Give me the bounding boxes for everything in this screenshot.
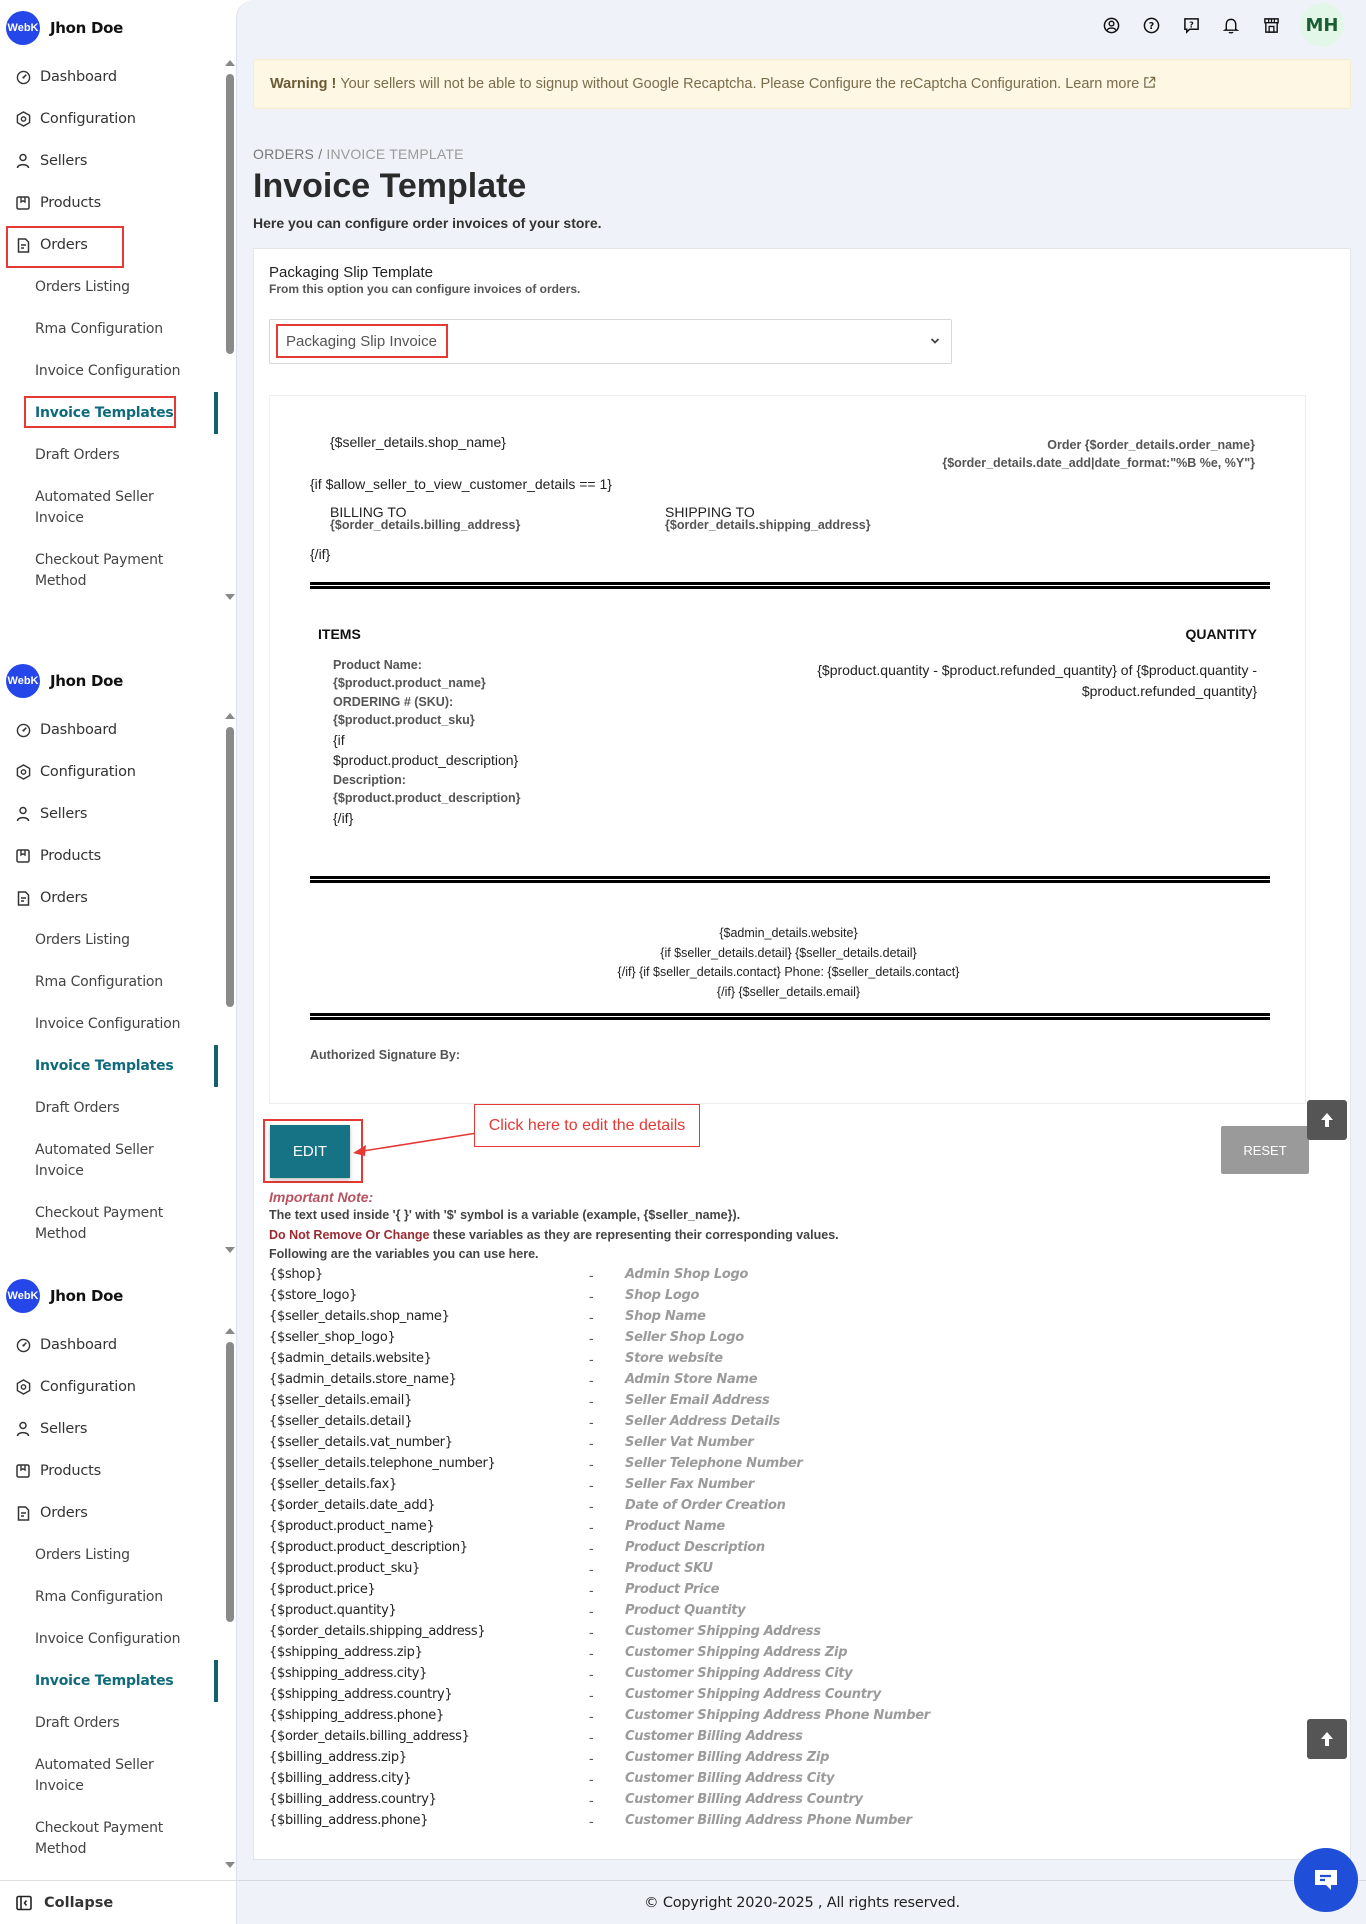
preview-quantity-line-1: {$product.quantity - $product.refunded_q… [817, 662, 1257, 678]
sidebar-item-label: Products [40, 848, 101, 864]
invoice-preview: {$seller_details.shop_name} Order {$orde… [269, 395, 1306, 1104]
chevron-down-icon [929, 334, 941, 352]
variable-row: {$product.product_name}-Product Name [269, 1516, 1069, 1537]
variable-row: {$order_details.date_add}-Date of Order … [269, 1495, 1069, 1516]
variable-separator: - [589, 1498, 625, 1514]
variable-description: Seller Shop Logo [625, 1330, 744, 1345]
preview-endif: {/if} [310, 546, 330, 562]
sidebar-item-configuration[interactable]: Configuration [0, 98, 236, 140]
arrow-up-icon [1319, 1111, 1335, 1129]
variable-separator: - [589, 1582, 625, 1598]
invoice-templates-annotation-box [24, 396, 176, 428]
variable-key: {$billing_address.country} [269, 1792, 589, 1807]
preview-footer-line: {/if} {if $seller_details.contact} Phone… [270, 963, 1307, 983]
sidebar-subitem-checkout-payment-method[interactable]: Checkout Payment Method [0, 1807, 236, 1870]
brand-logo-text: WebK [8, 675, 39, 687]
preview-items-header: ITEMS [318, 626, 361, 642]
sidebar-item-sellers[interactable]: Sellers [0, 793, 236, 835]
user-name: Jhon Doe [50, 672, 123, 690]
variable-separator: - [589, 1771, 625, 1787]
variable-key: {$billing_address.phone} [269, 1813, 589, 1828]
scroll-down-arrow-icon[interactable] [225, 594, 235, 600]
preview-order-date: {$order_details.date_add|date_format:"%B… [942, 456, 1255, 470]
brand-logo[interactable]: WebK [6, 1279, 40, 1313]
variable-row: {$seller_details.fax}-Seller Fax Number [269, 1474, 1069, 1495]
variable-row: {$seller_details.shop_name}-Shop Name [269, 1306, 1069, 1327]
variable-separator: - [589, 1666, 625, 1682]
variable-key: {$seller_details.fax} [269, 1477, 589, 1492]
variable-row: {$billing_address.phone}-Customer Billin… [269, 1810, 1069, 1831]
sidebar-item-products[interactable]: Products [0, 1450, 236, 1492]
main-content: ? ? MH Warning ! Your sellers will not b… [236, 0, 1366, 1924]
variable-key: {$seller_shop_logo} [269, 1330, 589, 1345]
dashboard-icon [15, 69, 31, 85]
page-subtitle: Here you can configure order invoices of… [253, 215, 602, 231]
sidebar-subitem-label: Automated Seller Invoice [35, 487, 175, 529]
sidebar-nav: Dashboard Configuration Sellers Products… [0, 56, 236, 602]
variable-description: Product Price [625, 1582, 719, 1597]
note-warning-text: Do Not Remove Or Change [269, 1228, 429, 1242]
box-icon [15, 195, 31, 211]
variable-key: {$shipping_address.phone} [269, 1708, 589, 1723]
card-description: From this option you can configure invoi… [269, 282, 580, 296]
account-circle-icon[interactable] [1100, 14, 1122, 36]
variable-separator: - [589, 1477, 625, 1493]
preview-description-label: Description: [333, 773, 406, 787]
variable-row: {$billing_address.city}-Customer Billing… [269, 1768, 1069, 1789]
variable-description: Seller Telephone Number [625, 1456, 803, 1471]
sidebar-item-products[interactable]: Products [0, 835, 236, 877]
select-annotation-box [276, 324, 448, 358]
user-name: Jhon Doe [50, 19, 123, 37]
sidebar-header: WebK Jhon Doe [0, 0, 236, 56]
svg-text:?: ? [1148, 21, 1153, 32]
preview-divider [310, 582, 1270, 589]
variable-description: Customer Shipping Address Country [625, 1687, 881, 1702]
sidebar-block: WebK Jhon Doe Dashboard Configuration Se… [0, 1268, 236, 1870]
preview-if-customer: {if $allow_seller_to_view_customer_detai… [310, 476, 612, 492]
sidebar-subitem-invoice-configuration[interactable]: Invoice Configuration [0, 1618, 236, 1660]
brand-logo-text: WebK [8, 1290, 39, 1302]
variable-separator: - [589, 1435, 625, 1451]
variable-description: Product Name [625, 1519, 725, 1534]
variable-description: Customer Shipping Address Zip [625, 1645, 847, 1660]
preview-footer-line: {/if} {$seller_details.email} [270, 983, 1307, 1003]
variable-description: Product Quantity [625, 1603, 745, 1618]
sidebar-item-label: Dashboard [40, 1337, 117, 1353]
preview-billing-value: {$order_details.billing_address} [330, 518, 520, 532]
sidebar-item-configuration[interactable]: Configuration [0, 1366, 236, 1408]
page-footer: © Copyright 2020-2025 , All rights reser… [237, 1880, 1366, 1924]
variable-description: Store website [625, 1351, 723, 1366]
scroll-thumb[interactable] [226, 727, 234, 1007]
preview-product-name-value: {$product.product_name} [333, 676, 486, 690]
variable-separator: - [589, 1288, 625, 1304]
sidebar-item-dashboard[interactable]: Dashboard [0, 709, 236, 751]
brand-logo[interactable]: WebK [6, 11, 40, 45]
sidebar-subitem-label: Orders Listing [35, 930, 130, 951]
sidebar-subitem-invoice-configuration[interactable]: Invoice Configuration [0, 350, 236, 392]
sidebar-item-label: Configuration [40, 764, 136, 780]
hexagon-gear-icon [15, 1379, 31, 1395]
important-note-title: Important Note: [269, 1189, 373, 1205]
variable-separator: - [589, 1687, 625, 1703]
sidebar-subitem-label: Rma Configuration [35, 972, 163, 993]
user-name: Jhon Doe [50, 1287, 123, 1305]
sidebar-subitem-label: Checkout Payment Method [35, 550, 175, 592]
variable-key: {$shop} [269, 1267, 589, 1282]
variable-row: {$shop}-Admin Shop Logo [269, 1264, 1069, 1285]
breadcrumb: ORDERS / INVOICE TEMPLATE [253, 146, 464, 162]
note-line-2: Do Not Remove Or Change these variables … [269, 1228, 839, 1242]
variable-key: {$product.price} [269, 1582, 589, 1597]
sidebar-subitem-label: Draft Orders [35, 445, 119, 466]
preview-shop-name: {$seller_details.shop_name} [330, 434, 506, 450]
variable-row: {$billing_address.zip}-Customer Billing … [269, 1747, 1069, 1768]
variable-row: {$shipping_address.city}-Customer Shippi… [269, 1663, 1069, 1684]
scroll-up-arrow-icon[interactable] [225, 713, 235, 719]
variable-row: {$seller_shop_logo}-Seller Shop Logo [269, 1327, 1069, 1348]
variable-key: {$seller_details.vat_number} [269, 1435, 589, 1450]
scroll-up-arrow-icon[interactable] [225, 60, 235, 66]
sidebar-subitem-draft-orders[interactable]: Draft Orders [0, 1087, 236, 1129]
variables-list: {$shop}-Admin Shop Logo{$store_logo}-Sho… [269, 1264, 1069, 1831]
variable-separator: - [589, 1540, 625, 1556]
variable-separator: - [589, 1519, 625, 1535]
sidebar-scrollbar[interactable] [226, 60, 234, 600]
sidebar-block: WebK Jhon Doe Dashboard Configuration Se… [0, 0, 236, 602]
sidebar-subitem-label: Automated Seller Invoice [35, 1755, 175, 1797]
sidebar-nav: Dashboard Configuration Sellers Products… [0, 1324, 236, 1870]
variable-description: Seller Fax Number [625, 1477, 754, 1492]
sidebar-subitem-automated-seller-invoice[interactable]: Automated Seller Invoice [0, 1129, 236, 1192]
variable-description: Shop Name [625, 1309, 706, 1324]
variable-key: {$seller_details.telephone_number} [269, 1456, 589, 1471]
edit-callout: Click here to edit the details [474, 1104, 700, 1147]
warning-label: Warning ! [270, 76, 336, 92]
dashboard-icon [15, 1337, 31, 1353]
user-icon [15, 153, 31, 169]
sidebar-item-dashboard[interactable]: Dashboard [0, 1324, 236, 1366]
variable-key: {$order_details.date_add} [269, 1498, 589, 1513]
variable-description: Customer Billing Address Zip [625, 1750, 829, 1765]
external-link-icon[interactable] [1143, 76, 1156, 93]
sidebar-item-label: Configuration [40, 1379, 136, 1395]
sidebar-subitem-automated-seller-invoice[interactable]: Automated Seller Invoice [0, 476, 236, 539]
scroll-down-arrow-icon[interactable] [225, 1247, 235, 1253]
preview-product-name-label: Product Name: [333, 658, 422, 672]
variable-separator: - [589, 1309, 625, 1325]
sidebar-subitem-checkout-payment-method[interactable]: Checkout Payment Method [0, 1192, 236, 1255]
variable-description: Admin Shop Logo [625, 1267, 748, 1282]
sidebar-subitem-label: Invoice Configuration [35, 1629, 180, 1650]
variable-description: Product Description [625, 1540, 765, 1555]
page-title: Invoice Template [253, 167, 526, 206]
sidebar-subitem-invoice-configuration[interactable]: Invoice Configuration [0, 1003, 236, 1045]
preview-shipping-value: {$order_details.shipping_address} [665, 518, 871, 532]
profile-avatar[interactable]: MH [1300, 3, 1344, 47]
sidebar-subitem-automated-seller-invoice[interactable]: Automated Seller Invoice [0, 1744, 236, 1807]
warning-text: Your sellers will not be able to signup … [340, 76, 1061, 92]
arrow-up-icon [1319, 1730, 1335, 1748]
variable-row: {$seller_details.vat_number}-Seller Vat … [269, 1432, 1069, 1453]
variable-row: {$admin_details.website}-Store website [269, 1348, 1069, 1369]
preview-quantity-line-2: $product.refunded_quantity} [1082, 683, 1257, 699]
sidebar-item-sellers[interactable]: Sellers [0, 1408, 236, 1450]
variable-key: {$admin_details.website} [269, 1351, 589, 1366]
variable-row: {$product.price}-Product Price [269, 1579, 1069, 1600]
preview-if-desc: {if [333, 732, 345, 748]
variable-separator: - [589, 1729, 625, 1745]
preview-order-name: Order {$order_details.order_name} [1047, 438, 1255, 452]
note-line-1: The text used inside '{ }' with '$' symb… [269, 1208, 740, 1222]
variable-separator: - [589, 1372, 625, 1388]
sidebar-subitem-label: Invoice Configuration [35, 1014, 180, 1035]
dashboard-icon [15, 722, 31, 738]
sidebar-subitem-label: Checkout Payment Method [35, 1818, 175, 1860]
variable-separator: - [589, 1750, 625, 1766]
variable-row: {$order_details.shipping_address}-Custom… [269, 1621, 1069, 1642]
variable-row: {$order_details.billing_address}-Custome… [269, 1726, 1069, 1747]
recaptcha-warning-banner: Warning ! Your sellers will not be able … [253, 59, 1351, 109]
variable-row: {$shipping_address.zip}-Customer Shippin… [269, 1642, 1069, 1663]
variable-key: {$billing_address.zip} [269, 1750, 589, 1765]
variable-key: {$admin_details.store_name} [269, 1372, 589, 1387]
reset-button[interactable]: RESET [1221, 1126, 1309, 1174]
variable-description: Admin Store Name [625, 1372, 757, 1387]
sidebar-item-label: Dashboard [40, 722, 117, 738]
sidebar-item-label: Dashboard [40, 69, 117, 85]
svg-text:?: ? [1189, 20, 1194, 29]
breadcrumb-orders[interactable]: ORDERS [253, 146, 314, 162]
sidebar-subitem-draft-orders[interactable]: Draft Orders [0, 434, 236, 476]
variable-description: Product SKU [625, 1561, 713, 1576]
variable-row: {$shipping_address.country}-Customer Shi… [269, 1684, 1069, 1705]
template-select[interactable]: Packaging Slip Invoice [269, 319, 952, 364]
chat-button[interactable] [1294, 1848, 1358, 1912]
variable-row: {$seller_details.telephone_number}-Selle… [269, 1453, 1069, 1474]
hexagon-gear-icon [15, 764, 31, 780]
variable-separator: - [589, 1330, 625, 1346]
variable-description: Date of Order Creation [625, 1498, 786, 1513]
preview-divider [310, 876, 1270, 883]
document-icon [15, 1505, 31, 1521]
variable-separator: - [589, 1708, 625, 1724]
variable-separator: - [589, 1393, 625, 1409]
variable-separator: - [589, 1645, 625, 1661]
variable-key: {$product.product_name} [269, 1519, 589, 1534]
variable-row: {$store_logo}-Shop Logo [269, 1285, 1069, 1306]
preview-sku-value: {$product.product_sku} [333, 713, 475, 727]
feedback-icon[interactable]: ? [1180, 14, 1202, 36]
invoice-template-card: Packaging Slip Template From this option… [253, 248, 1351, 1860]
top-bar: ? ? MH [1100, 0, 1366, 50]
scroll-down-arrow-icon[interactable] [225, 1862, 235, 1868]
variable-description: Seller Email Address [625, 1393, 769, 1408]
variable-description: Customer Shipping Address City [625, 1666, 852, 1681]
variable-separator: - [589, 1624, 625, 1640]
box-icon [15, 848, 31, 864]
edit-button[interactable]: EDIT [270, 1125, 350, 1178]
preview-footer-line: {if $seller_details.detail} {$seller_det… [270, 944, 1307, 964]
scroll-thumb[interactable] [226, 1342, 234, 1622]
variable-separator: - [589, 1456, 625, 1472]
variable-key: {$shipping_address.country} [269, 1687, 589, 1702]
sidebar-subitem-checkout-payment-method[interactable]: Checkout Payment Method [0, 539, 236, 602]
annotation-arrow-icon [349, 1129, 479, 1159]
sidebar-scrollbar[interactable] [226, 1328, 234, 1868]
variable-row: {$product.product_description}-Product D… [269, 1537, 1069, 1558]
collapse-label: Collapse [44, 1895, 113, 1911]
variable-description: Customer Billing Address [625, 1729, 803, 1744]
sidebar-item-label: Sellers [40, 153, 87, 169]
sidebar-item-orders[interactable]: Orders [0, 1492, 236, 1534]
preview-if-desc-cond: $product.product_description} [333, 752, 518, 768]
scroll-up-arrow-icon[interactable] [225, 1328, 235, 1334]
variable-separator: - [589, 1603, 625, 1619]
collapse-sidebar-icon [16, 1895, 32, 1911]
brand-logo[interactable]: WebK [6, 664, 40, 698]
variable-row: {$admin_details.store_name}-Admin Store … [269, 1369, 1069, 1390]
learn-more-link[interactable]: Learn more [1065, 76, 1139, 92]
sidebar-nav: Dashboard Configuration Sellers Products… [0, 709, 236, 1255]
sidebar-item-configuration[interactable]: Configuration [0, 751, 236, 793]
sidebar-item-label: Products [40, 1463, 101, 1479]
preview-footer-block: {$admin_details.website} {if $seller_det… [270, 924, 1307, 1002]
sidebar-subitem-draft-orders[interactable]: Draft Orders [0, 1702, 236, 1744]
variable-separator: - [589, 1414, 625, 1430]
sidebar-subitem-invoice-templates[interactable]: Invoice Templates [0, 1660, 236, 1702]
sidebar-subitem-label: Orders Listing [35, 1545, 130, 1566]
breadcrumb-current: INVOICE TEMPLATE [326, 146, 463, 162]
chat-icon [1312, 1866, 1340, 1894]
sidebar-subitem-rma-configuration[interactable]: Rma Configuration [0, 961, 236, 1003]
sidebar-item-orders[interactable]: Orders [0, 877, 236, 919]
sidebar-item-label: Sellers [40, 1421, 87, 1437]
variable-key: {$shipping_address.zip} [269, 1645, 589, 1660]
help-icon[interactable]: ? [1140, 14, 1162, 36]
sidebar-item-products[interactable]: Products [0, 182, 236, 224]
variable-key: {$product.quantity} [269, 1603, 589, 1618]
variable-key: {$order_details.billing_address} [269, 1729, 589, 1744]
variable-row: {$seller_details.email}-Seller Email Add… [269, 1390, 1069, 1411]
sidebar-scrollbar[interactable] [226, 713, 234, 1253]
sidebar-subitem-rma-configuration[interactable]: Rma Configuration [0, 1576, 236, 1618]
variable-description: Shop Logo [625, 1288, 699, 1303]
preview-sku-label: ORDERING # (SKU): [333, 695, 453, 709]
preview-quantity-header: QUANTITY [1185, 626, 1257, 642]
bell-icon[interactable] [1220, 14, 1242, 36]
sidebar-item-label: Products [40, 195, 101, 211]
scroll-to-top-button[interactable] [1307, 1719, 1347, 1759]
variable-row: {$shipping_address.phone}-Customer Shipp… [269, 1705, 1069, 1726]
preview-endif-desc: {/if} [333, 810, 353, 826]
variable-separator: - [589, 1561, 625, 1577]
variable-separator: - [589, 1792, 625, 1808]
sidebar-header: WebK Jhon Doe [0, 653, 236, 709]
variable-description: Seller Vat Number [625, 1435, 754, 1450]
variable-key: {$seller_details.email} [269, 1393, 589, 1408]
sidebar: WebK Jhon Doe Dashboard Configuration Se… [0, 0, 236, 1924]
variable-row: {$product.product_sku}-Product SKU [269, 1558, 1069, 1579]
preview-description-value: {$product.product_description} [333, 791, 521, 805]
variable-separator: - [589, 1267, 625, 1283]
store-icon[interactable] [1260, 14, 1282, 36]
sidebar-item-dashboard[interactable]: Dashboard [0, 56, 236, 98]
variable-key: {$seller_details.detail} [269, 1414, 589, 1429]
sidebar-subitem-orders-listing[interactable]: Orders Listing [0, 919, 236, 961]
sidebar-item-label: Orders [40, 890, 88, 906]
scroll-thumb[interactable] [226, 74, 234, 354]
variable-row: {$product.quantity}-Product Quantity [269, 1600, 1069, 1621]
variable-description: Customer Billing Address City [625, 1771, 834, 1786]
variable-key: {$seller_details.shop_name} [269, 1309, 589, 1324]
sidebar-subitem-label: Checkout Payment Method [35, 1203, 175, 1245]
variable-key: {$order_details.shipping_address} [269, 1624, 589, 1639]
sidebar-subitem-label: Invoice Configuration [35, 361, 180, 382]
orders-annotation-box [6, 226, 124, 268]
sidebar-block: WebK Jhon Doe Dashboard Configuration Se… [0, 653, 236, 1255]
sidebar-item-label: Sellers [40, 806, 87, 822]
note-line-2-rest: these variables as they are representing… [429, 1228, 838, 1242]
sidebar-subitem-orders-listing[interactable]: Orders Listing [0, 1534, 236, 1576]
sidebar-subitem-label: Draft Orders [35, 1713, 119, 1734]
sidebar-subitem-label: Draft Orders [35, 1098, 119, 1119]
sidebar-item-label: Configuration [40, 111, 136, 127]
breadcrumb-separator: / [318, 146, 322, 162]
sidebar-subitem-label: Rma Configuration [35, 319, 163, 340]
sidebar-item-sellers[interactable]: Sellers [0, 140, 236, 182]
sidebar-subitem-label: Automated Seller Invoice [35, 1140, 175, 1182]
sidebar-item-label: Orders [40, 1505, 88, 1521]
sidebar-subitem-label: Invoice Templates [35, 1671, 174, 1692]
preview-footer-line: {$admin_details.website} [270, 924, 1307, 944]
variable-separator: - [589, 1813, 625, 1829]
variable-description: Customer Billing Address Country [625, 1792, 863, 1807]
preview-signature: Authorized Signature By: [310, 1048, 460, 1062]
brand-logo-text: WebK [8, 22, 39, 34]
sidebar-subitem-rma-configuration[interactable]: Rma Configuration [0, 308, 236, 350]
variable-key: {$product.product_description} [269, 1540, 589, 1555]
variable-key: {$product.product_sku} [269, 1561, 589, 1576]
box-icon [15, 1463, 31, 1479]
card-title: Packaging Slip Template [269, 264, 433, 281]
variable-separator: - [589, 1351, 625, 1367]
variable-description: Customer Billing Address Phone Number [625, 1813, 912, 1828]
variable-key: {$store_logo} [269, 1288, 589, 1303]
variable-key: {$billing_address.city} [269, 1771, 589, 1786]
sidebar-subitem-label: Rma Configuration [35, 1587, 163, 1608]
variable-key: {$shipping_address.city} [269, 1666, 589, 1681]
variable-row: {$seller_details.detail}-Seller Address … [269, 1411, 1069, 1432]
variable-description: Customer Shipping Address Phone Number [625, 1708, 930, 1723]
collapse-button[interactable]: Collapse [0, 1880, 236, 1924]
variable-description: Customer Shipping Address [625, 1624, 821, 1639]
note-line-3: Following are the variables you can use … [269, 1247, 539, 1261]
document-icon [15, 890, 31, 906]
variable-description: Seller Address Details [625, 1414, 780, 1429]
preview-divider [310, 1013, 1270, 1020]
user-icon [15, 806, 31, 822]
sidebar-subitem-label: Orders Listing [35, 277, 130, 298]
hexagon-gear-icon [15, 111, 31, 127]
sidebar-subitem-invoice-templates[interactable]: Invoice Templates [0, 1045, 236, 1087]
variable-row: {$billing_address.country}-Customer Bill… [269, 1789, 1069, 1810]
sidebar-subitem-label: Invoice Templates [35, 1056, 174, 1077]
scroll-to-top-button[interactable] [1307, 1100, 1347, 1140]
sidebar-header: WebK Jhon Doe [0, 1268, 236, 1324]
sidebar-subitem-orders-listing[interactable]: Orders Listing [0, 266, 236, 308]
